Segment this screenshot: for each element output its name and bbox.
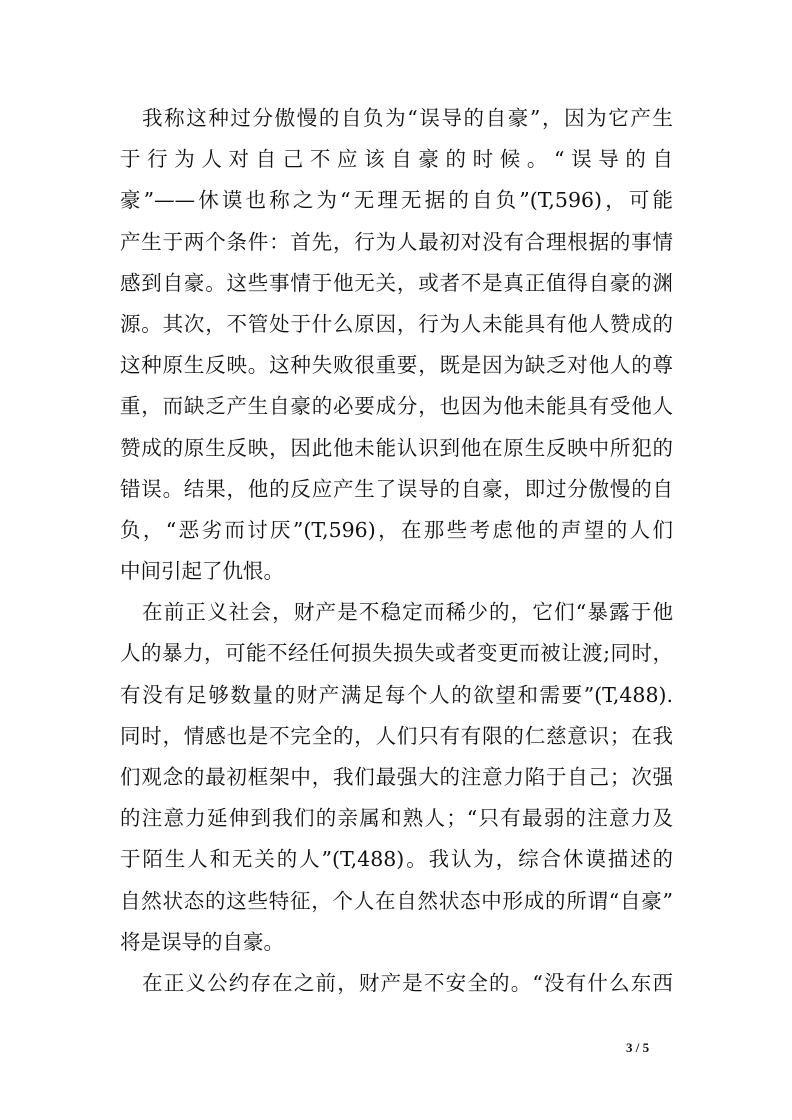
document-page: 我称这种过分傲慢的自负为“误导的自豪”，因为它产生 于行为人对自己不应该自豪的时… — [0, 0, 792, 1120]
text-line: 的注意力延伸到我们的亲属和熟人；“只有最弱的注意力及 — [120, 798, 673, 839]
text-line: 将是误导的自豪。 — [120, 922, 673, 963]
text-line: 重，而缺乏产生自豪的必要成分，也因为他未能具有受他人 — [120, 386, 673, 427]
text-line: 错误。结果，他的反应产生了误导的自豪，即过分傲慢的自 — [120, 469, 673, 510]
text-line: 赞成的原生反映，因此他未能认识到他在原生反映中所犯的 — [120, 428, 673, 469]
text-line: 于陌生人和无关的人”(T,488)。我认为，综合休谟描述的 — [120, 839, 673, 880]
text-line: 自然状态的这些特征，个人在自然状态中形成的所谓“自豪” — [120, 881, 673, 922]
text-line: 人的暴力，可能不经任何损失损失或者变更而被让渡;同时， — [120, 633, 673, 674]
text-line: 我称这种过分傲慢的自负为“误导的自豪”，因为它产生 — [120, 98, 673, 139]
text-line: 豪”——休谟也称之为“无理无据的自负”(T,596)，可能 — [120, 180, 673, 221]
body-text: 我称这种过分傲慢的自负为“误导的自豪”，因为它产生 于行为人对自己不应该自豪的时… — [120, 98, 673, 1004]
text-line: 在前正义社会，财产是不稳定而稀少的，它们“暴露于他 — [120, 592, 673, 633]
text-line: 同时，情感也是不完全的，人们只有有限的仁慈意识；在我 — [120, 716, 673, 757]
text-line: 中间引起了仇恨。 — [120, 551, 673, 592]
page-number: 3 / 5 — [626, 1040, 649, 1056]
text-line: 有没有足够数量的财产满足每个人的欲望和需要”(T,488). — [120, 675, 673, 716]
text-line: 在正义公约存在之前，财产是不安全的。“没有什么东西 — [120, 963, 673, 1004]
text-line: 产生于两个条件：首先，行为人最初对没有合理根据的事情 — [120, 222, 673, 263]
text-line: 源。其次，不管处于什么原因，行为人未能具有他人赞成的 — [120, 304, 673, 345]
text-line: 负，“恶劣而讨厌”(T,596)，在那些考虑他的声望的人们 — [120, 510, 673, 551]
text-line: 这种原生反映。这种失败很重要，既是因为缺乏对他人的尊 — [120, 345, 673, 386]
text-line: 们观念的最初框架中，我们最强大的注意力陷于自己；次强 — [120, 757, 673, 798]
text-line: 于行为人对自己不应该自豪的时候。“误导的自 — [120, 139, 673, 180]
text-line: 感到自豪。这些事情于他无关，或者不是真正值得自豪的渊 — [120, 263, 673, 304]
